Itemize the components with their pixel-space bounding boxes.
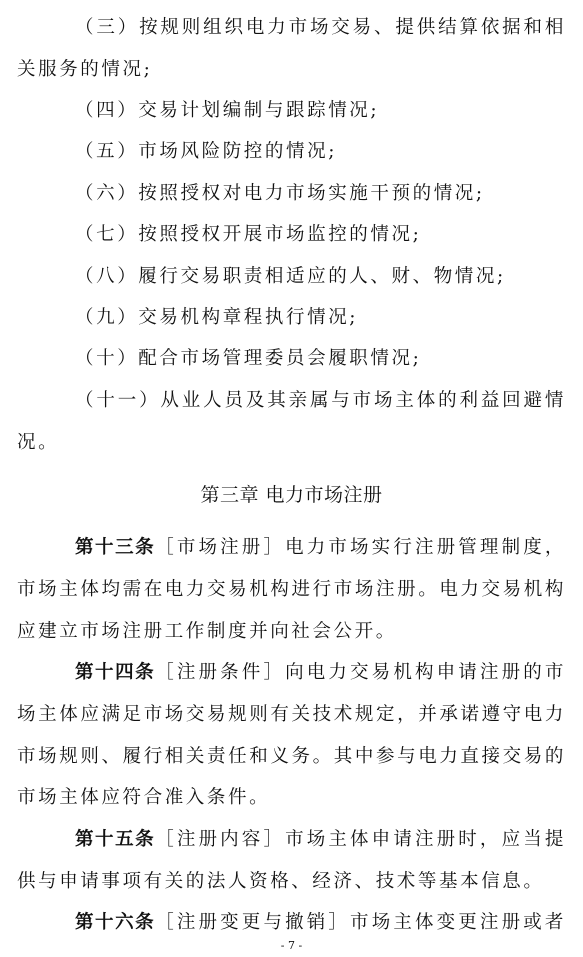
article-number: 第十六条 bbox=[75, 912, 155, 933]
list-item-11-continuation: 况。 bbox=[17, 422, 566, 464]
article-text: 电力市场实行注册管理制度， bbox=[285, 537, 566, 558]
article-number: 第十三条 bbox=[75, 537, 155, 558]
list-item-11: （十一）从业人员及其亲属与市场主体的利益回避情 bbox=[75, 380, 566, 422]
article-number: 第十四条 bbox=[75, 662, 155, 683]
article-13-line-3: 应建立市场注册工作制度并向社会公开。 bbox=[17, 611, 566, 653]
document-page: （三）按规则组织电力市场交易、提供结算依据和相 关服务的情况; （四）交易计划编… bbox=[0, 0, 583, 957]
list-item-3-continuation: 关服务的情况; bbox=[17, 49, 566, 91]
article-text: 市场主体变更注册或者 bbox=[350, 912, 566, 933]
article-tag: ［注册条件］ bbox=[155, 662, 285, 683]
list-item-5: （五）市场风险防控的情况; bbox=[75, 131, 566, 173]
article-tag: ［注册内容］ bbox=[155, 829, 285, 850]
article-14-line-3: 市场规则、履行相关责任和义务。其中参与电力直接交易的 bbox=[17, 736, 566, 778]
article-15-first-line: 第十五条［注册内容］市场主体申请注册时，应当提 bbox=[75, 819, 566, 861]
page-number: - 7 - bbox=[0, 938, 583, 954]
article-13-first-line: 第十三条［市场注册］电力市场实行注册管理制度， bbox=[75, 527, 566, 569]
list-item-10: （十）配合市场管理委员会履职情况; bbox=[75, 338, 566, 380]
article-14-first-line: 第十四条［注册条件］向电力交易机构申请注册的市 bbox=[75, 652, 566, 694]
chapter-heading: 第三章 电力市场注册 bbox=[0, 474, 583, 516]
article-tag: ［市场注册］ bbox=[155, 537, 285, 558]
article-14-line-4: 市场主体应符合准入条件。 bbox=[17, 777, 566, 819]
article-14-line-2: 场主体应满足市场交易规则有关技术规定，并承诺遵守电力 bbox=[17, 694, 566, 736]
list-item-4: （四）交易计划编制与跟踪情况; bbox=[75, 90, 566, 132]
article-13-line-2: 市场主体均需在电力交易机构进行市场注册。电力交易机构 bbox=[17, 569, 566, 611]
article-number: 第十五条 bbox=[75, 829, 155, 850]
list-item-7: （七）按照授权开展市场监控的情况; bbox=[75, 214, 566, 256]
list-item-6: （六）按照授权对电力市场实施干预的情况; bbox=[75, 173, 566, 215]
article-text: 向电力交易机构申请注册的市 bbox=[285, 662, 566, 683]
article-tag: ［注册变更与撤销］ bbox=[155, 912, 350, 933]
article-text: 市场主体申请注册时，应当提 bbox=[285, 829, 566, 850]
article-15-line-2: 供与申请事项有关的法人资格、经济、技术等基本信息。 bbox=[17, 861, 566, 903]
list-item-8: （八）履行交易职责相适应的人、财、物情况; bbox=[75, 256, 566, 298]
list-item-3: （三）按规则组织电力市场交易、提供结算依据和相 bbox=[75, 7, 566, 49]
list-item-9: （九）交易机构章程执行情况; bbox=[75, 297, 566, 339]
